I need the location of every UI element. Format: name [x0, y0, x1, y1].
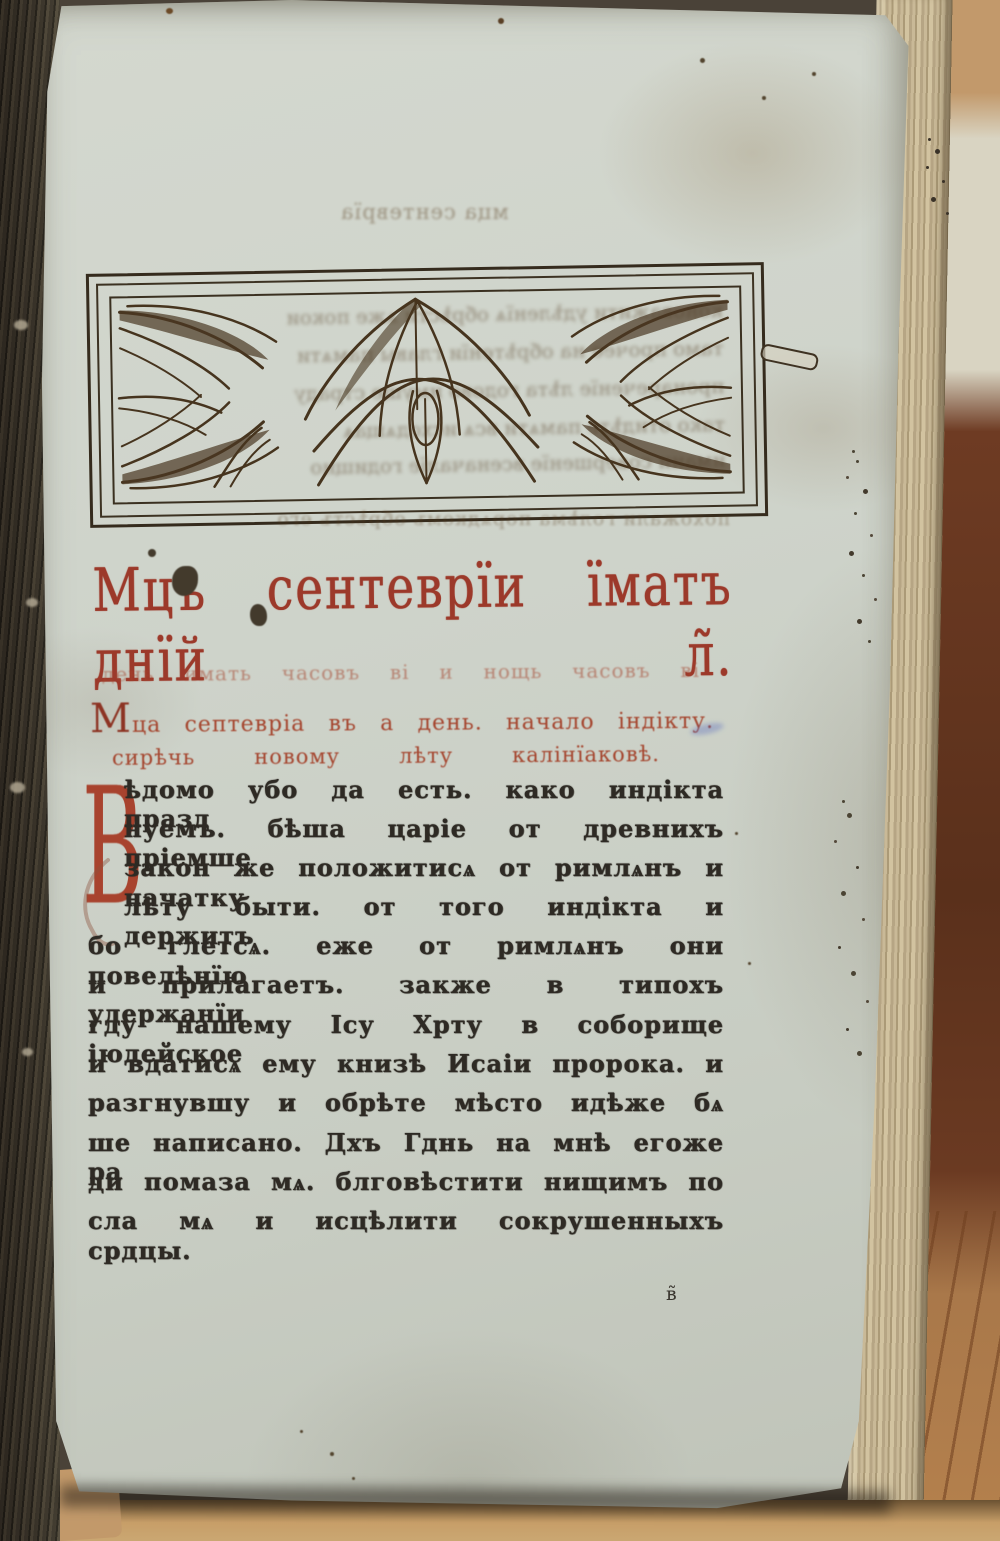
running-header-bleedthrough: мца сентеврїа	[340, 200, 509, 224]
speck	[166, 8, 173, 14]
speck	[352, 1477, 355, 1480]
speck	[300, 1430, 303, 1433]
speck	[748, 962, 751, 965]
speck	[812, 72, 816, 76]
speck	[700, 58, 705, 63]
foxing-cluster-lower	[842, 800, 845, 803]
speck	[735, 832, 738, 835]
photo-of-manuscript: мца сентеврїа коноважити удѣленїѧ обрѣст…	[0, 0, 1000, 1541]
speck	[498, 18, 504, 24]
ink-blot-2	[250, 604, 267, 626]
body-line-9: разгнувшу и обрѣте мѣсто идѣже бѧ	[88, 1088, 724, 1118]
rubric-line-3: сирѣчь новому лѣту калінїаковѣ.	[112, 742, 660, 770]
ink-speck	[148, 549, 156, 557]
foliate-ornament-icon	[115, 292, 734, 493]
foxing-cluster-upper	[852, 450, 855, 453]
headpiece: коноважити удѣленїѧ обрѣсти ѧже покои та…	[86, 262, 768, 528]
rubric-line-2: ца септевріа въ а день. начало індікту.	[132, 709, 714, 738]
rubric-initial: М	[90, 696, 132, 742]
body-line-8: и вдатисѧ ему книзѣ Исаіи пророка. и	[88, 1049, 724, 1079]
speck	[762, 96, 766, 100]
body-line-12: сла мѧ и исцѣлити сокрушенныхъ срдцы.	[88, 1206, 724, 1265]
quire-signature: в̃	[666, 1283, 677, 1305]
speck	[330, 1452, 334, 1456]
below-headpiece-bleedthrough: похожали голѣма порѧдкомъ обрѣстъ его	[150, 508, 730, 531]
speck-cluster-right	[928, 138, 931, 141]
body-line-11: ди помаза мѧ. блговѣстити нищимъ по	[88, 1167, 724, 1197]
rubric-faint-line: день имать часовъ ві и нощь часовъ ві	[102, 658, 700, 686]
